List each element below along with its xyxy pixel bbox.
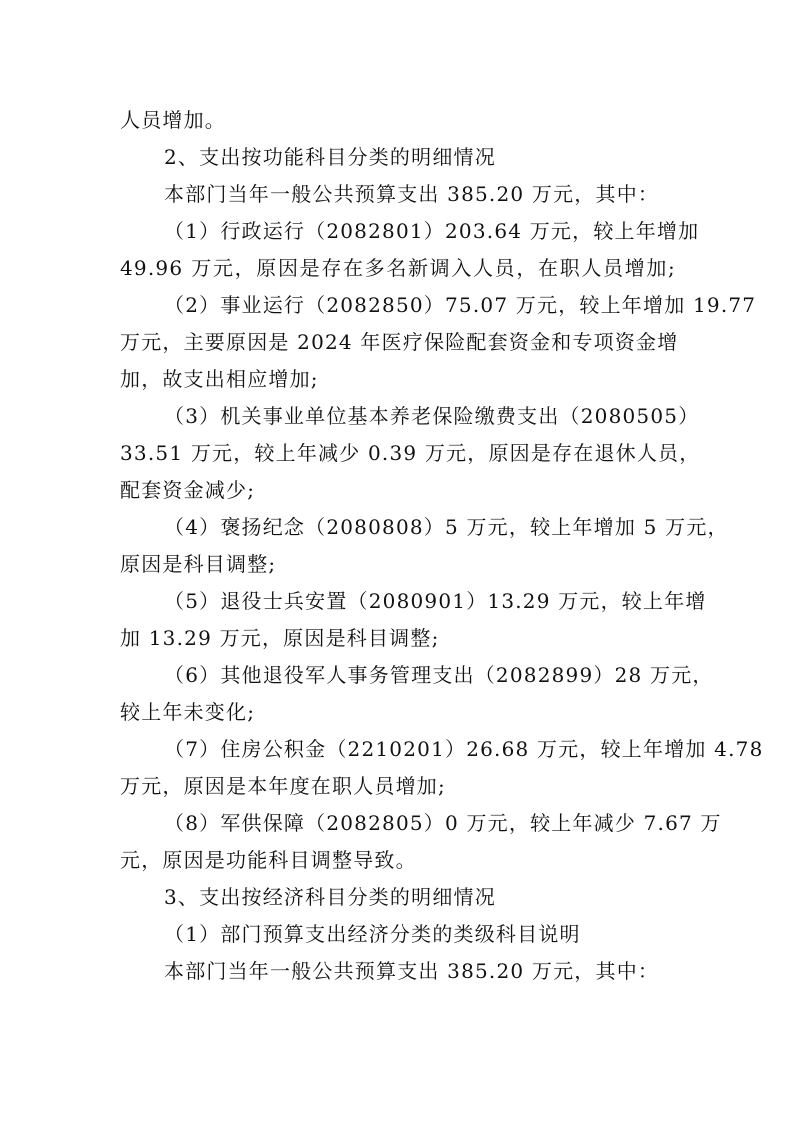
section-heading-2: 2、支出按功能科目分类的明细情况	[120, 139, 676, 176]
item-5-line: （5）退役士兵安置（2080901）13.29 万元，较上年增	[120, 583, 676, 620]
item-2-line: 万元，主要原因是 2024 年医疗保险配套资金和专项资金增	[120, 324, 676, 361]
item-1-line: （1）行政运行（2082801）203.64 万元，较上年增加	[120, 213, 676, 250]
item-8-line: 元，原因是功能科目调整导致。	[120, 842, 676, 879]
text-line: 本部门当年一般公共预算支出 385.20 万元，其中：	[120, 176, 676, 213]
item-4-line: 原因是科目调整;	[120, 546, 676, 583]
item-2-line: （2）事业运行（2082850）75.07 万元，较上年增加 19.77	[120, 287, 676, 324]
item-4-line: （4）褒扬纪念（2080808）5 万元，较上年增加 5 万元，	[120, 509, 676, 546]
item-3-line: （3）机关事业单位基本养老保险缴费支出（2080505）	[120, 398, 676, 435]
item-5-line: 加 13.29 万元，原因是科目调整;	[120, 620, 676, 657]
subsection-heading: （1）部门预算支出经济分类的类级科目说明	[120, 916, 676, 953]
text-line: 人员增加。	[120, 102, 676, 139]
text-line: 本部门当年一般公共预算支出 385.20 万元，其中：	[120, 953, 676, 990]
item-2-line: 加，故支出相应增加;	[120, 361, 676, 398]
section-heading-3: 3、支出按经济科目分类的明细情况	[120, 879, 676, 916]
item-8-line: （8）军供保障（2082805）0 万元，较上年减少 7.67 万	[120, 805, 676, 842]
item-7-line: （7）住房公积金（2210201）26.68 万元，较上年增加 4.78	[120, 731, 676, 768]
item-3-line: 配套资金减少;	[120, 472, 676, 509]
body-text: 人员增加。 2、支出按功能科目分类的明细情况 本部门当年一般公共预算支出 385…	[120, 102, 676, 990]
item-6-line: （6）其他退役军人事务管理支出（2082899）28 万元，	[120, 657, 676, 694]
document-page: 人员增加。 2、支出按功能科目分类的明细情况 本部门当年一般公共预算支出 385…	[0, 0, 793, 1122]
item-7-line: 万元，原因是本年度在职人员增加;	[120, 768, 676, 805]
item-3-line: 33.51 万元，较上年减少 0.39 万元，原因是存在退休人员，	[120, 435, 676, 472]
item-6-line: 较上年未变化;	[120, 694, 676, 731]
item-1-line: 49.96 万元，原因是存在多名新调入人员，在职人员增加;	[120, 250, 676, 287]
